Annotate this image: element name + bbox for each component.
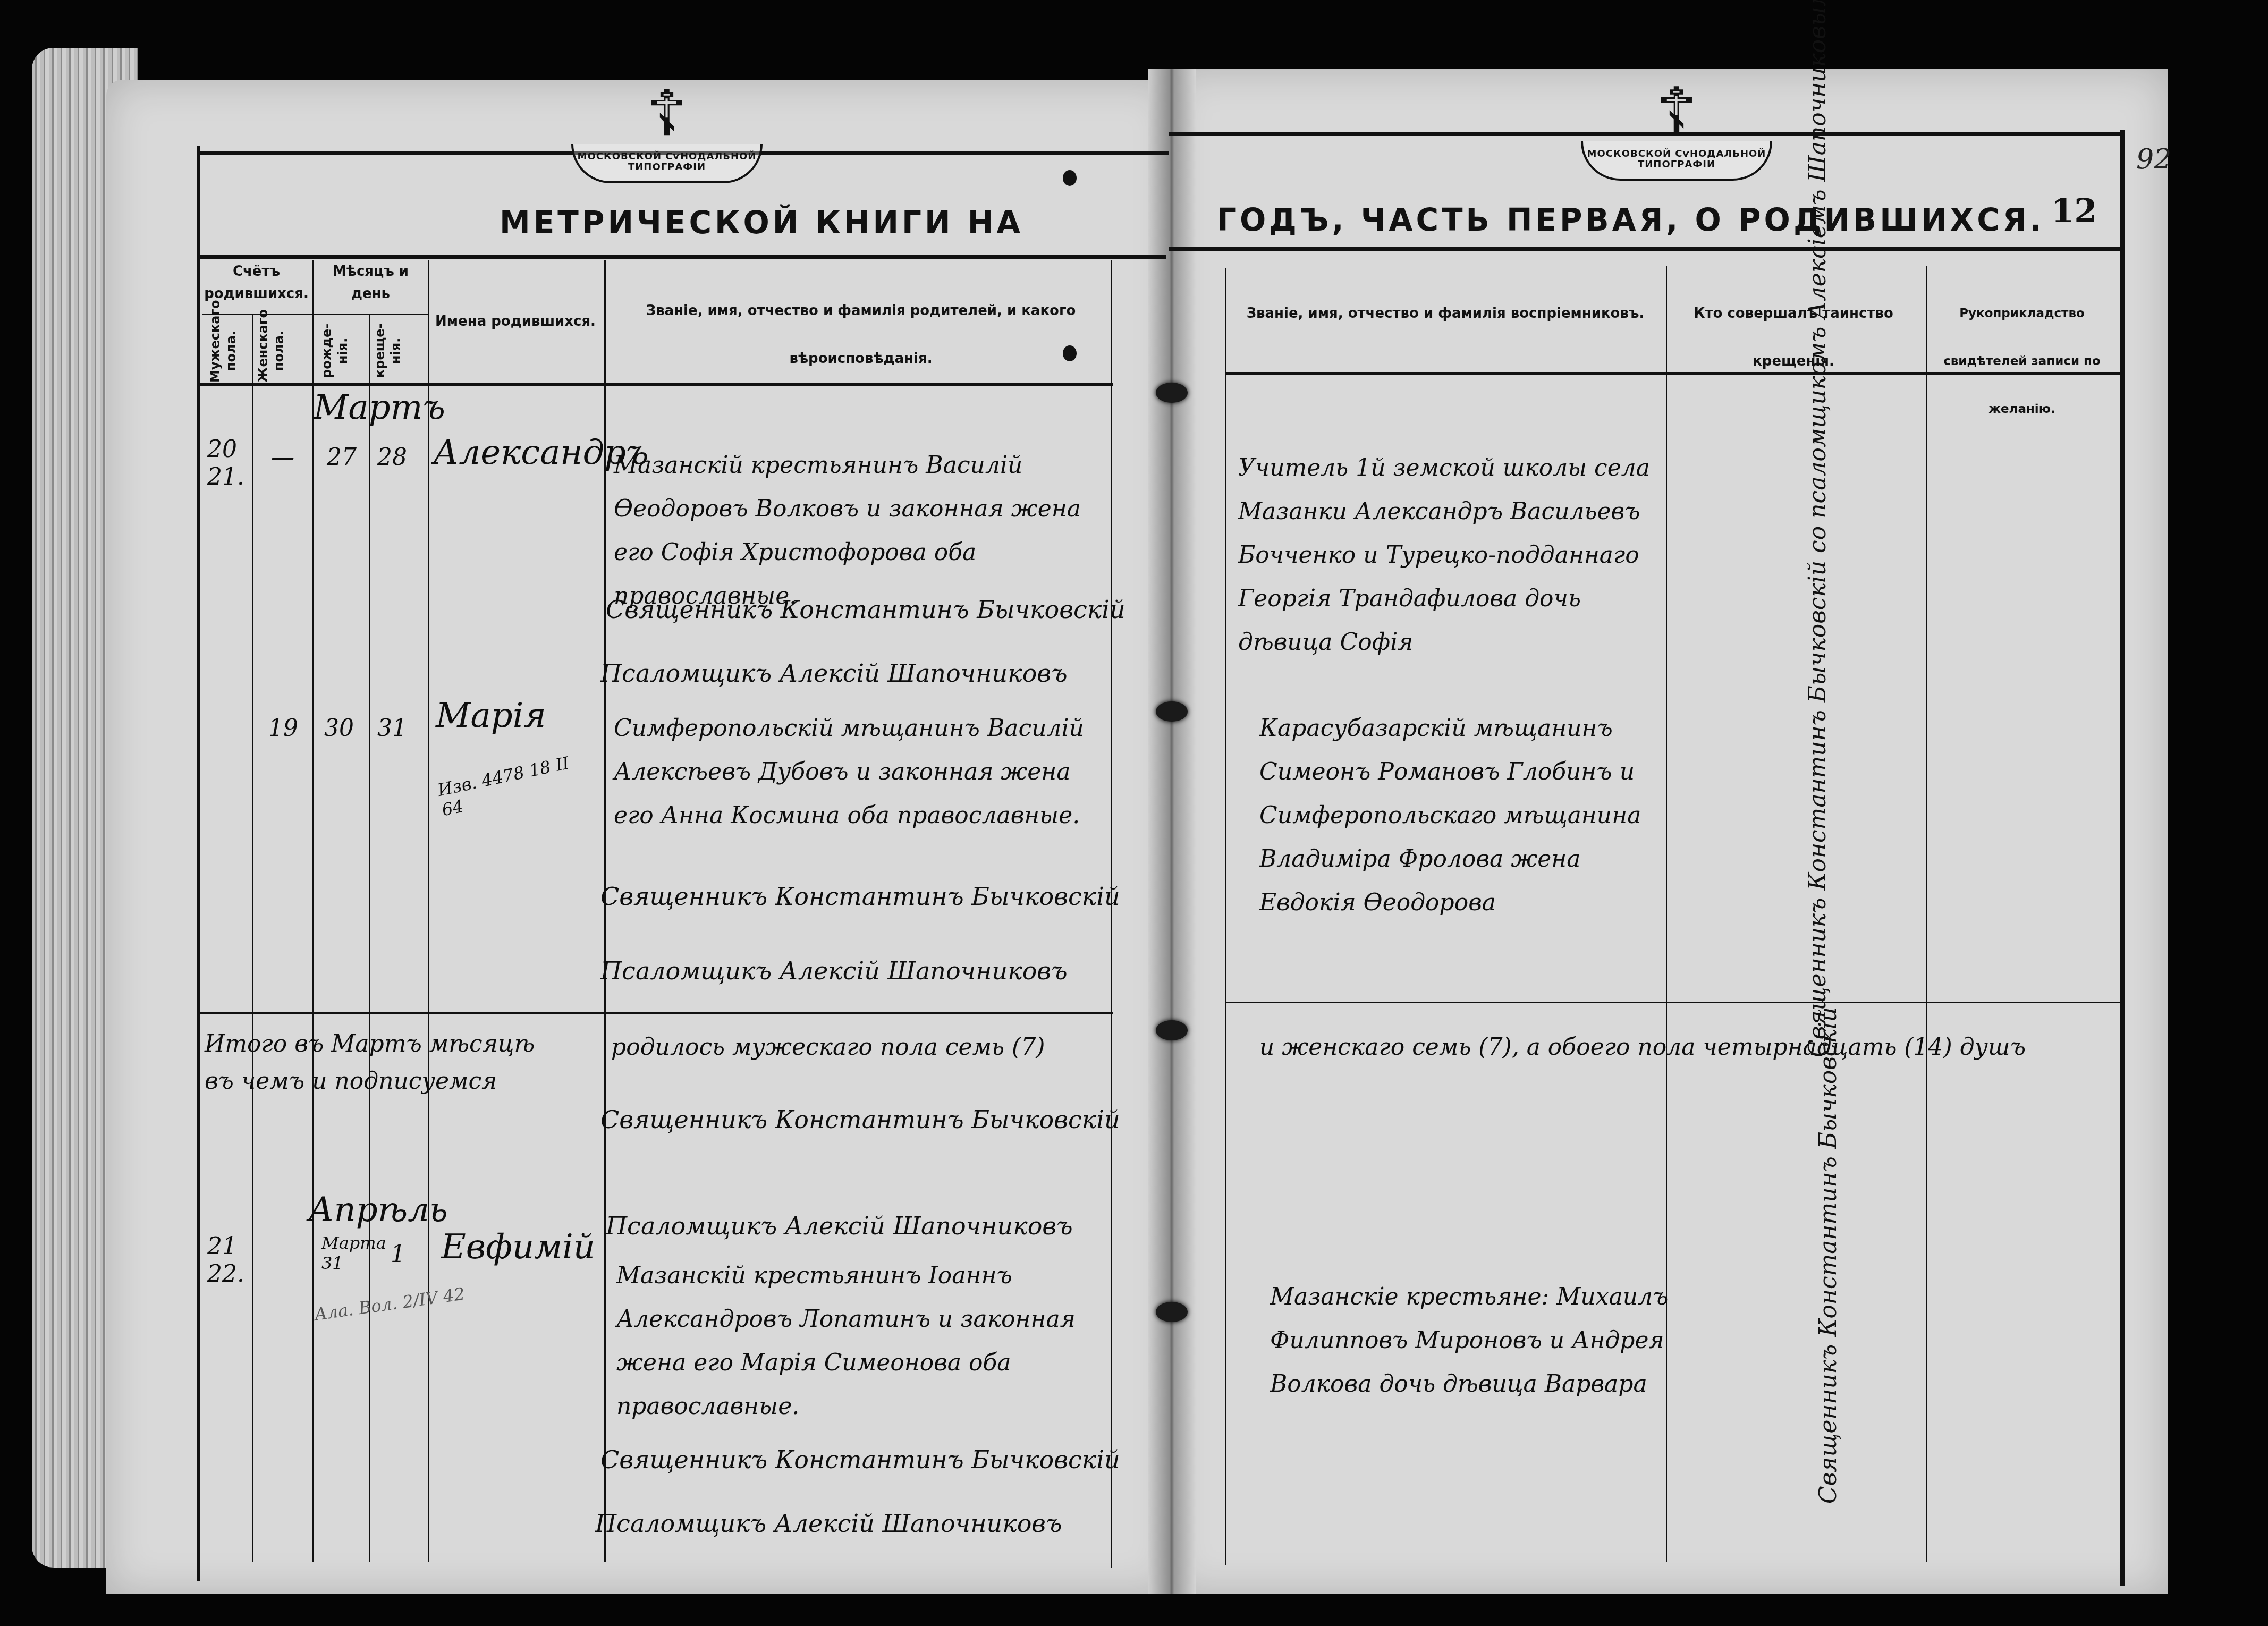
- summary-left-text: Итого въ Мартъ мѣсяцѣ въ чемъ и подписуе…: [205, 1026, 598, 1100]
- entry-2-priest-signature: Священникъ Константинъ Бычковскій: [600, 882, 1120, 911]
- entry-3-birth-day-note: Марта 31: [321, 1233, 369, 1273]
- archive-folio-number: 92: [2136, 143, 2171, 175]
- column-divider: [369, 314, 370, 1562]
- entry-2-baptism-day: 31: [377, 707, 407, 750]
- entry-3-child-name: Евфимій: [441, 1227, 595, 1267]
- entry-1-psalmist-signature: Псаломщикъ Алексій Шапочниковъ: [600, 659, 1068, 688]
- entry-3-psalmist-signature: Псаломщикъ Алексій Шапочниковъ: [595, 1509, 1062, 1538]
- summary-rule-left: [199, 1012, 1113, 1014]
- header-names: Имена родившихся.: [428, 308, 603, 335]
- column-divider: [428, 260, 429, 1562]
- entry-3-baptism-day: 1: [391, 1233, 405, 1276]
- header-parents: Званіе, имя, отчество и фамилія родителе…: [606, 287, 1116, 383]
- summary-parents-text: родилось мужескаго пола семь (7): [611, 1026, 1111, 1069]
- header-count-female: Женскаго пола.: [255, 319, 287, 383]
- entry-3-parents: Мазанскій крестьянинъ Іоаннъ Александров…: [616, 1254, 1105, 1428]
- entry-3-godparents: Мазанскіе крестьяне: Михаилъ Филипповъ М…: [1270, 1275, 1706, 1406]
- entry-3-count-male: 21 22.: [207, 1233, 244, 1288]
- header-subdivider: [202, 314, 428, 315]
- entry-1-month: Мартъ: [314, 388, 445, 427]
- entry-1-godparents: Учитель 1й земской школы села Мазанки Ал…: [1238, 446, 1663, 664]
- header-rule-right: [1169, 247, 2120, 251]
- header-date-group: Мѣсяцъ и день: [314, 260, 428, 305]
- header-performed-by: Кто совершалъ таинство крещенія.: [1669, 290, 1918, 385]
- entry-1-count-female: —: [271, 436, 294, 479]
- entry-3-priest-signature: Священникъ Константинъ Бычковскій: [600, 1445, 1120, 1474]
- summary-priest-signature: Священникъ Константинъ Бычковскій: [600, 1105, 1120, 1134]
- entry-1-baptism-day: 28: [377, 436, 407, 479]
- performed-by-vertical-bottom: Священникъ Константинъ Бычковскій: [1815, 1026, 1842, 1504]
- column-divider: [252, 314, 253, 1562]
- header-rule-left: [199, 255, 1166, 259]
- summary-psalmist-signature: Псаломщикъ Алексій Шапочниковъ: [606, 1212, 1073, 1240]
- entry-3-month: Апрѣль: [308, 1190, 448, 1230]
- header-bottom-rule-left: [199, 383, 1113, 386]
- header-count-group: Счётъ родившихся.: [202, 260, 311, 305]
- summary-right-text: и женскаго семь (7), а обоего пола четыр…: [1259, 1026, 2120, 1069]
- header-witness-signatures: Рукоприкладство свидѣтелей записи по жел…: [1924, 290, 2120, 433]
- right-page-title: ГОДЪ, ЧАСТЬ ПЕРВАЯ, О РОДИВШИХСЯ.: [1217, 202, 2044, 238]
- entry-2-psalmist-signature: Псаломщикъ Алексій Шапочниковъ: [600, 956, 1068, 985]
- header-godparents: Званіе, имя, отчество и фамилія воспріем…: [1243, 290, 1647, 337]
- printer-ribbon: МОСКОВСКОЙ СѵНОДАЛЬНОЙ ТИПОГРАФІИ: [571, 144, 763, 183]
- entry-2-parents: Симферопольскій мѣщанинъ Василій Алексѣе…: [614, 707, 1103, 837]
- printer-ribbon: МОСКОВСКОЙ СѵНОДАЛЬНОЙ ТИПОГРАФІИ: [1581, 141, 1772, 181]
- column-divider: [1225, 268, 1226, 1565]
- column-divider: [1111, 260, 1112, 1568]
- header-bottom-rule-right: [1225, 372, 2123, 375]
- summary-rule-right: [1225, 1002, 2123, 1003]
- double-headed-eagle-icon: ☦: [1581, 74, 1772, 149]
- entry-1-priest-signature: Священникъ Константинъ Бычковскій: [606, 595, 1125, 624]
- header-count-male: Мужескаго пола.: [207, 319, 239, 383]
- column-divider: [1926, 266, 1927, 1562]
- column-divider: [2120, 266, 2122, 1562]
- column-divider: [312, 260, 314, 1562]
- left-page-title: МЕТРИЧЕСКОЙ КНИГИ НА: [500, 205, 1023, 241]
- entry-2-birth-day: 30: [324, 707, 354, 750]
- entry-1-count-male: 20 21.: [207, 436, 244, 491]
- page-number: 12: [2051, 191, 2097, 230]
- header-date-baptism: креще-нія.: [372, 319, 404, 383]
- entry-2-godparents: Карасубазарскій мѣщанинъ Симеонъ Романов…: [1259, 707, 1685, 925]
- entry-2-count-female: 19: [268, 707, 298, 750]
- performed-by-vertical-top: Священникъ Константинъ Бычковскій со пса…: [1804, 388, 1831, 1057]
- header-date-birth: рожде-нія.: [319, 319, 351, 383]
- imperial-eagle-emblem: ☦ МОСКОВСКОЙ СѵНОДАЛЬНОЙ ТИПОГРАФІИ: [1581, 74, 1772, 181]
- entry-1-birth-day: 27: [327, 436, 357, 479]
- double-headed-eagle-icon: ☦: [571, 77, 763, 151]
- entry-2-child-name: Марія: [436, 696, 546, 735]
- entry-1-parents: Мазанскій крестьянинъ Василій Ѳеодоровъ …: [614, 444, 1103, 618]
- imperial-eagle-emblem: ☦ МОСКОВСКОЙ СѵНОДАЛЬНОЙ ТИПОГРАФІИ: [571, 77, 763, 183]
